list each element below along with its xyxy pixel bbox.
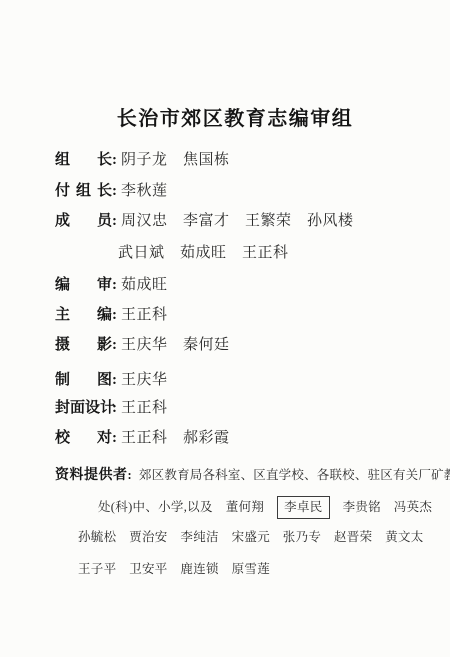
- row-members-continued: 武日斌 茹成旺 王正科: [55, 245, 440, 261]
- row-names: 王庆华: [121, 372, 168, 388]
- row-names: 王庆华 秦何廷: [121, 337, 230, 353]
- row-colon: :: [112, 213, 117, 229]
- boxed-contributor-name: 李卓民: [277, 496, 329, 519]
- contributors-line-2: 处(科)中、小学,以及 董何翔 李卓民 李贵铭 冯英杰: [98, 499, 440, 516]
- contributor-name: 董何翔: [226, 499, 264, 516]
- row-names: 王正科 郝彩霞: [121, 430, 230, 446]
- row-names: 李秋莲: [121, 183, 168, 199]
- contributors-orgs-continued: 处(科)中、小学,以及: [98, 499, 213, 516]
- contributor-names: 李贵铭 冯英杰: [343, 499, 433, 516]
- contributors-line-1: 资料提供者:郊区教育局各科室、区直学校、各联校、驻区有关厂矿教育: [55, 466, 440, 484]
- row-colon: :: [112, 277, 117, 293]
- contributors-orgs: 郊区教育局各科室、区直学校、各联校、驻区有关厂矿教育: [139, 467, 450, 484]
- row-label: 封面设计: [55, 400, 112, 416]
- row-colon: :: [128, 467, 132, 484]
- contributors-paragraph: 资料提供者:郊区教育局各科室、区直学校、各联校、驻区有关厂矿教育 处(科)中、小…: [55, 466, 440, 578]
- row-editor-reviewer: 编审:茹成旺: [55, 277, 440, 293]
- row-cover-design: 封面设计:王正科: [55, 400, 440, 416]
- row-label: 付组长: [55, 183, 112, 199]
- row-colon: :: [112, 430, 117, 446]
- contributors-line-4: 王子平 卫安平 鹿连锁 原雪莲: [78, 561, 440, 578]
- row-label: 编审: [55, 277, 112, 293]
- row-names: 阴子龙 焦国栋: [121, 152, 230, 168]
- row-names: 茹成旺: [121, 277, 168, 293]
- document-page: 长治市郊区教育志编审组 组长:阴子龙 焦国栋 付组长:李秋莲 成员:周汉忠 李富…: [0, 0, 450, 657]
- row-drawing: 制图:王庆华: [55, 372, 440, 388]
- row-names: 王正科: [121, 307, 168, 323]
- row-photography: 摄影:王庆华 秦何廷: [55, 337, 440, 353]
- row-label: 组长: [55, 152, 112, 168]
- row-colon: :: [112, 372, 117, 388]
- row-label: 校对: [55, 430, 112, 446]
- row-label: 成员: [55, 213, 112, 229]
- row-names: 武日斌 茹成旺 王正科: [118, 245, 289, 261]
- row-names: 王正科: [121, 400, 168, 416]
- row-label: 制图: [55, 372, 112, 388]
- row-proofreading: 校对:王正科 郝彩霞: [55, 430, 440, 446]
- row-group-leader: 组长:阴子龙 焦国栋: [55, 152, 440, 168]
- row-colon: :: [112, 307, 117, 323]
- row-label: 摄影: [55, 337, 112, 353]
- row-colon: :: [112, 337, 117, 353]
- row-label: 主编: [55, 307, 112, 323]
- row-deputy-group-leader: 付组长:李秋莲: [55, 183, 440, 199]
- row-colon: :: [112, 400, 117, 416]
- contributors-label: 资料提供者: [55, 466, 128, 483]
- row-members: 成员:周汉忠 李富才 王繁荣 孙风楼: [55, 213, 440, 229]
- row-names: 周汉忠 李富才 王繁荣 孙风楼: [121, 213, 354, 229]
- page-content: 长治市郊区教育志编审组 组长:阴子龙 焦国栋 付组长:李秋莲 成员:周汉忠 李富…: [0, 0, 450, 578]
- page-title: 长治市郊区教育志编审组: [10, 0, 450, 131]
- row-chief-editor: 主编:王正科: [55, 307, 440, 323]
- row-colon: :: [112, 152, 117, 168]
- contributors-line-3: 孙毓松 贾治安 李纯洁 宋盛元 张乃专 赵晋荣 黄文太: [78, 529, 440, 546]
- row-colon: :: [112, 183, 117, 199]
